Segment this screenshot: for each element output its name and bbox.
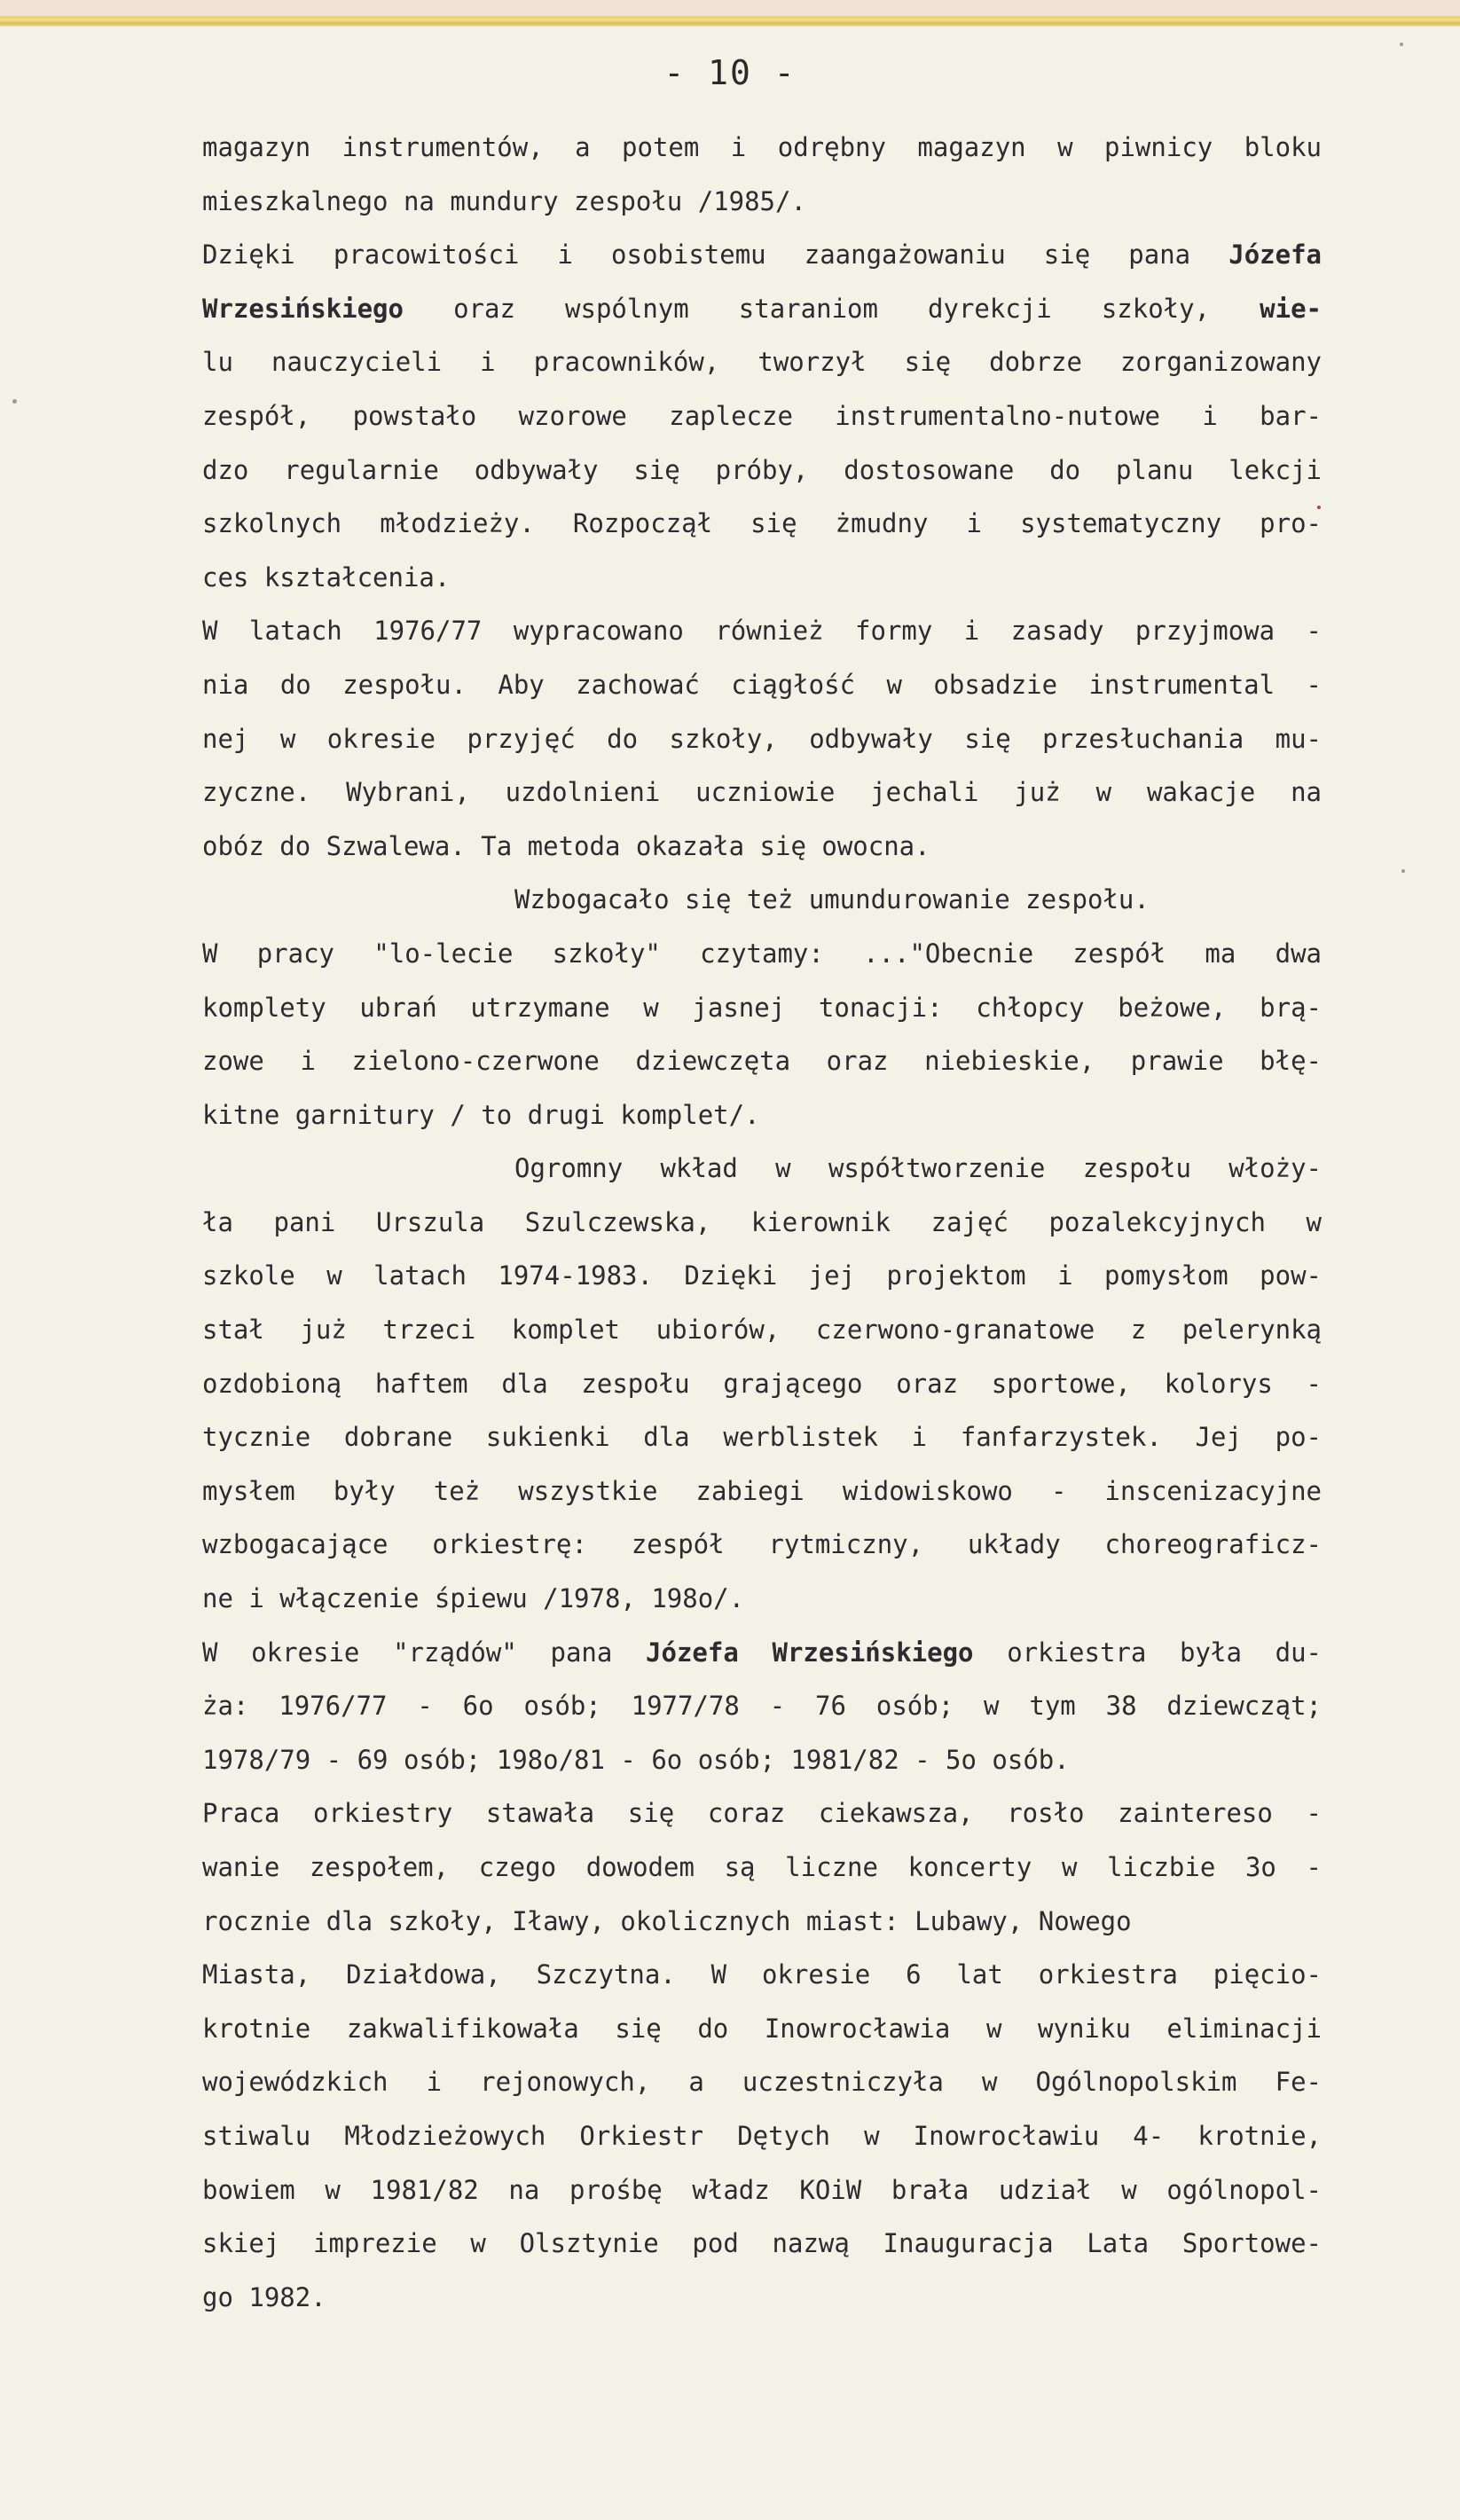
text-line: komplety ubrań utrzymane w jasnej tonacj…: [202, 981, 1322, 1035]
text-line: magazyn instrumentów, a potem i odrębny …: [202, 121, 1322, 175]
paper-speck: [12, 399, 17, 404]
bold-name-text: Wrzesińskiego: [202, 294, 404, 324]
text-line: zespół, powstało wzorowe zaplecze instru…: [202, 389, 1322, 444]
text-line: bowiem w 1981/82 na prośbę władz KOiW br…: [202, 2163, 1322, 2218]
text-line: Miasta, Działdowa, Szczytna. W okresie 6…: [202, 1948, 1322, 2002]
bold-name-text: Józefa Wrzesińskiego: [646, 1637, 973, 1668]
body-text: magazyn instrumentów, a potem i odrębny …: [202, 121, 1322, 2324]
text-line: go 1982.: [202, 2271, 1322, 2325]
text-line: mieszkalnego na mundury zespołu /1985/.: [202, 175, 1322, 229]
text-segment: Dzięki pracowitości i osobistemu zaangaż…: [202, 239, 1228, 270]
text-line: ła pani Urszula Szulczewska, kierownik z…: [202, 1196, 1322, 1250]
text-line: lu nauczycieli i pracowników, tworzył si…: [202, 335, 1322, 389]
text-line: mysłem były też wszystkie zabiegi widowi…: [202, 1464, 1322, 1519]
bold-name-text: wie-: [1260, 294, 1322, 324]
text-line: dzo regularnie odbywały się próby, dosto…: [202, 444, 1322, 498]
text-segment: orkiestra była du-: [974, 1637, 1323, 1668]
text-line: stiwalu Młodzieżowych Orkiestr Dętych w …: [202, 2109, 1322, 2163]
text-line: stał już trzeci komplet ubiorów, czerwon…: [202, 1303, 1322, 1357]
text-line: zyczne. Wybrani, uzdolnieni uczniowie je…: [202, 765, 1322, 820]
text-line: wanie zespołem, czego dowodem są liczne …: [202, 1841, 1322, 1895]
text-line: Wzbogacało się też umundurowanie zespołu…: [202, 873, 1322, 927]
text-line: Wrzesińskiego oraz wspólnym staraniom dy…: [202, 282, 1322, 336]
text-line: W okresie "rządów" pana Józefa Wrzesińsk…: [202, 1626, 1322, 1680]
text-line: kitne garnitury / to drugi komplet/.: [202, 1088, 1322, 1142]
text-line: zowe i zielono-czerwone dziewczęta oraz …: [202, 1034, 1322, 1088]
page-gold-edge: [0, 16, 1460, 27]
text-line: krotnie zakwalifikowała się do Inowrocła…: [202, 2002, 1322, 2056]
page-number: - 10 -: [0, 53, 1460, 92]
text-segment: W okresie "rządów" pana: [202, 1637, 646, 1668]
paper-speck: [1317, 506, 1321, 509]
text-line: ces kształcenia.: [202, 551, 1322, 605]
text-line: ne i włączenie śpiewu /1978, 198o/.: [202, 1572, 1322, 1626]
bold-name-text: Józefa: [1228, 239, 1322, 270]
text-line: rocznie dla szkoły, Iławy, okolicznych m…: [202, 1895, 1322, 1949]
paper-speck: [1400, 43, 1403, 46]
text-segment: oraz wspólnym staraniom dyrekcji szkoły,: [404, 294, 1260, 324]
document-page: - 10 - magazyn instrumentów, a potem i o…: [0, 27, 1460, 2520]
text-line: ozdobioną haftem dla zespołu grającego o…: [202, 1357, 1322, 1411]
text-line: 1978/79 - 69 osób; 198o/81 - 6o osób; 19…: [202, 1733, 1322, 1787]
text-line: nej w okresie przyjęć do szkoły, odbywał…: [202, 712, 1322, 766]
text-line: Ogromny wkład w współtworzenie zespołu w…: [202, 1142, 1322, 1196]
text-line: tycznie dobrane sukienki dla werblistek …: [202, 1410, 1322, 1464]
text-line: ża: 1976/77 - 6o osób; 1977/78 - 76 osób…: [202, 1679, 1322, 1733]
text-line: szkole w latach 1974-1983. Dzięki jej pr…: [202, 1249, 1322, 1303]
text-line: wzbogacające orkiestrę: zespół rytmiczny…: [202, 1518, 1322, 1572]
text-line: skiej imprezie w Olsztynie pod nazwą Ina…: [202, 2217, 1322, 2271]
text-line: wojewódzkich i rejonowych, a uczestniczy…: [202, 2055, 1322, 2109]
text-line: Praca orkiestry stawała się coraz ciekaw…: [202, 1786, 1322, 1841]
text-line: W latach 1976/77 wypracowano również for…: [202, 604, 1322, 658]
text-line: Dzięki pracowitości i osobistemu zaangaż…: [202, 228, 1322, 282]
text-line: szkolnych młodzieży. Rozpoczął się żmudn…: [202, 497, 1322, 551]
paper-speck: [1401, 869, 1405, 873]
text-line: obóz do Szwalewa. Ta metoda okazała się …: [202, 820, 1322, 874]
text-line: W pracy "lo-lecie szkoły" czytamy: ..."O…: [202, 927, 1322, 981]
text-line: nia do zespołu. Aby zachować ciągłość w …: [202, 658, 1322, 712]
